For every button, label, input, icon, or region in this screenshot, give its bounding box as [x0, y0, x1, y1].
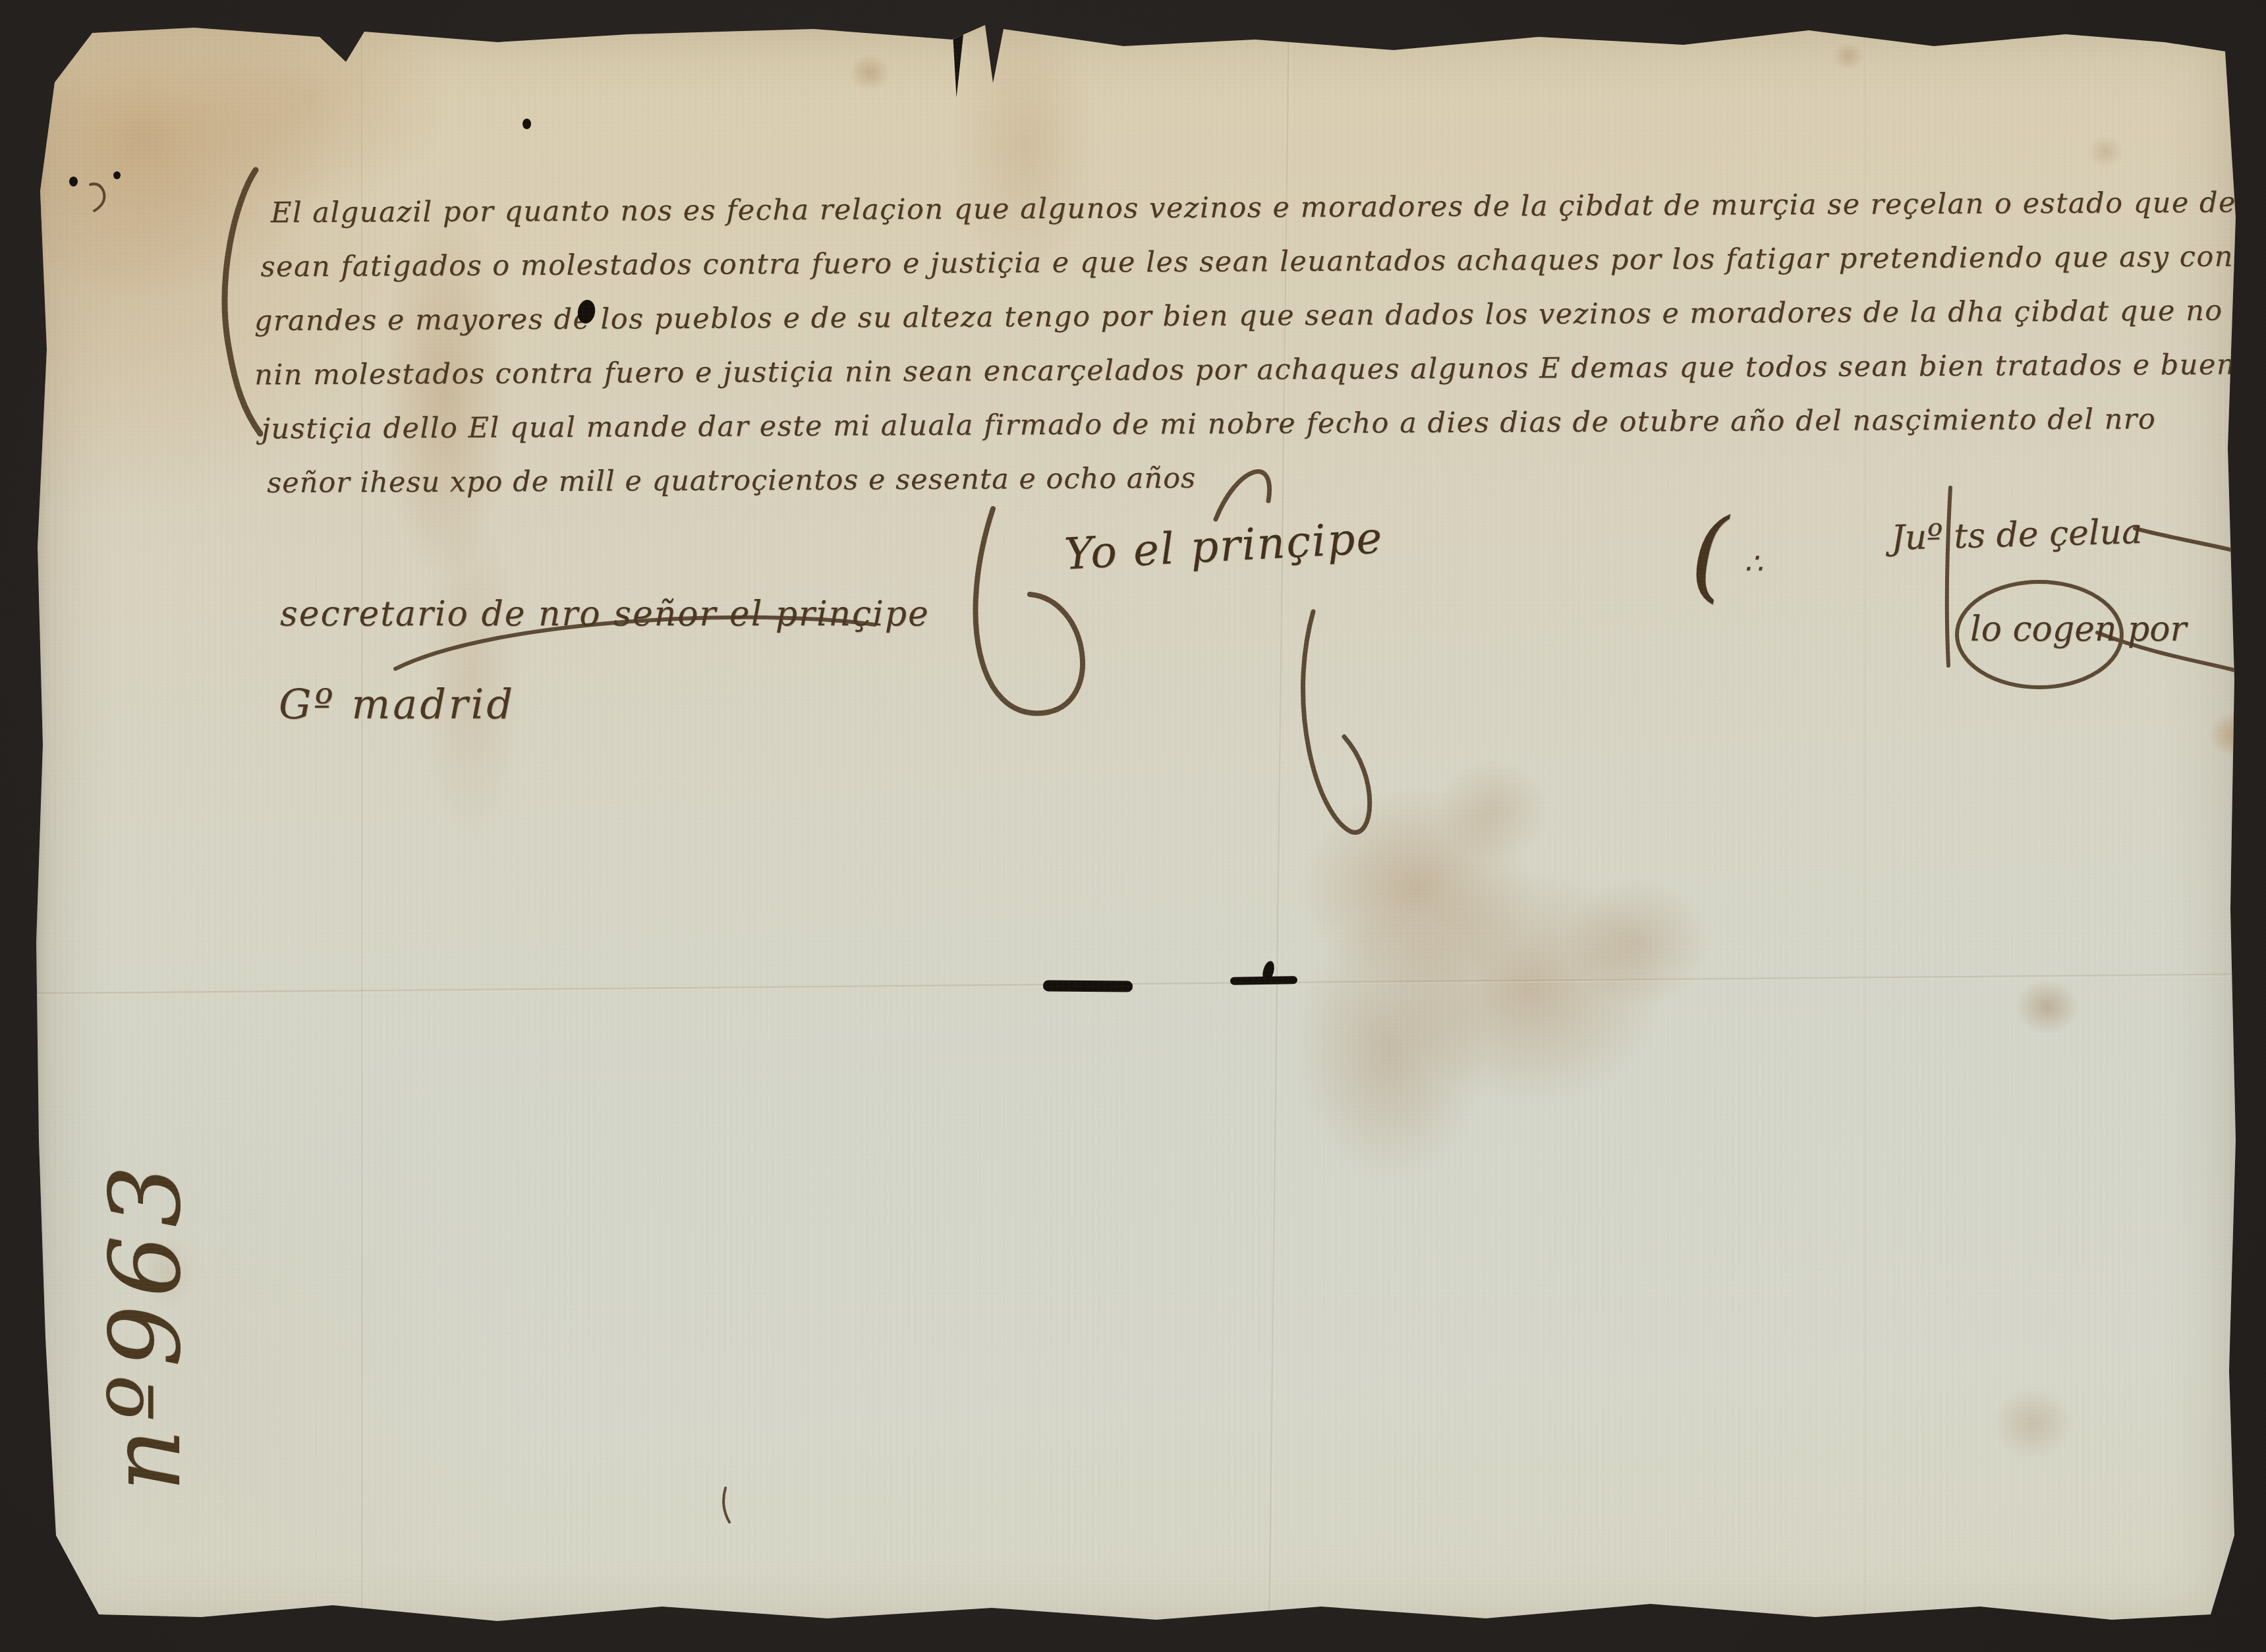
manuscript-line: El alguazil por quanto nos es fecha rela… — [271, 185, 2266, 229]
manuscript-line: justiçia dello El qual mande dar este mi… — [262, 403, 2157, 445]
manuscript-line: señor ihesu xpo de mill e quatroçientos … — [267, 462, 1196, 499]
archival-number-box: nº963 — [40, 1140, 251, 1509]
registry-dots: ∴ — [1744, 547, 1763, 581]
archival-number: nº963 — [89, 1157, 202, 1491]
notary-signature-line2: lo cogen por — [1970, 610, 2186, 649]
margin-speck — [113, 171, 121, 179]
manuscript-line: sean fatigados o molestados contra fuero… — [260, 239, 2266, 283]
notary-signature-line1: Juº ts de çelua — [1890, 512, 2142, 558]
ink-dot — [523, 119, 531, 129]
place-signature: Gº madrid — [279, 680, 515, 728]
manuscript-sheet: El alguazil por quanto nos es fecha rela… — [36, 20, 2240, 1639]
margin-speck — [69, 177, 78, 186]
manuscript-line: grandes e mayores de los pueblos e de su… — [254, 293, 2266, 337]
manuscript-line: nin molestados contra fuero e justiçia n… — [254, 348, 2266, 392]
fold-slit-dark — [1043, 980, 1133, 992]
letter-text-block: El alguazil por quanto nos es fecha rela… — [35, 10, 2248, 1641]
secretary-line: secretario de nro señor el prinçipe — [280, 594, 930, 634]
registry-mark: ( — [1690, 498, 1729, 613]
